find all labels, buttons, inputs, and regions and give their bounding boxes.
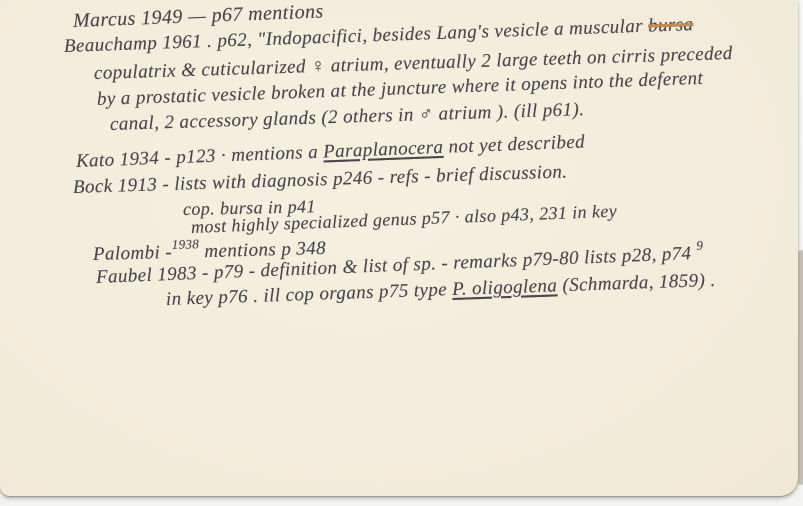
underlined-genus-paraplanocera: Paraplanocera [323, 137, 444, 163]
line-text: (Schmarda, 1859) . [557, 270, 716, 297]
line-text: not yet described [443, 131, 585, 157]
superscript-year-1938: 1938 [172, 236, 200, 253]
superscript-9: 9 [696, 238, 703, 254]
line-text: Kato 1934 - p123 · mentions a [76, 142, 324, 172]
underlined-species-p-oligoglena: P. oligoglena [452, 275, 558, 300]
line-text: Palombi - [93, 242, 173, 265]
index-card: Marcus 1949 — p67 mentions Beauchamp 196… [0, 0, 798, 496]
scanned-page: Marcus 1949 — p67 mentions Beauchamp 196… [0, 0, 803, 506]
struck-word-bursa: bursa [648, 14, 694, 37]
